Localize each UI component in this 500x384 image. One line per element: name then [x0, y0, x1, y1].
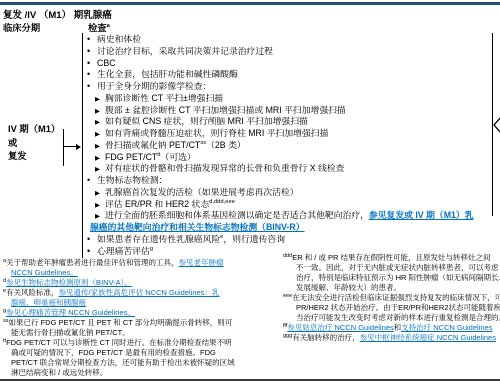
- footnote-text: 关于帮助老年肿瘤患者进行最佳评估和管理的工具，: [6, 258, 179, 267]
- binv-a-link[interactable]: 参见生物标志物检测原则（BINV-A）。: [6, 278, 132, 287]
- bullet-icon: •: [87, 81, 97, 93]
- bullet-icon: •: [87, 175, 97, 187]
- footnote-marker: ggg: [283, 333, 292, 339]
- supportive-care-guidelines-link[interactable]: 支持治疗 NCCN Guidelines: [401, 323, 492, 332]
- workup-subitem: ▶乳腺癌首次复发的活检（如果进展考虑再次活检）: [86, 187, 490, 199]
- guideline-page: 复发 /IV （M1） 期乳腺癌 临床分期 检查a IV 期（M1） 或 复发 …: [0, 0, 500, 384]
- footnote-text: FDG PET/CT 可以与诊断性 CT 同时进行。在标准分期检查结果不明: [6, 338, 232, 347]
- workup-header-footnote-marker: a: [107, 23, 110, 29]
- triangle-icon: ▶: [95, 200, 105, 212]
- triangle-icon: ▶: [95, 106, 105, 118]
- item-text: 讨论治疗目标，采取共同决策并记录治疗过程: [97, 46, 273, 56]
- footnote-text: 有关脑转移的治疗，: [292, 333, 360, 342]
- item-text: （可选）: [161, 152, 196, 162]
- footnote-text: ER 和 / 或 PR 结果存在假阴性可能，且原发灶与转移灶之间: [292, 253, 490, 262]
- item-text: 如有疑似 CNS 症状，则行颅脑 MRI 平扫加增强扫描: [105, 116, 308, 126]
- item-text: （2B 类）: [206, 140, 246, 150]
- footnote-g: g参见心理痛苦管理 NCCN Guidelines。: [3, 308, 271, 318]
- geriatric-guidelines-link[interactable]: NCCN Guidelines。: [11, 268, 78, 277]
- connector-line: [63, 129, 64, 166]
- footnotes-left-column: a关于帮助老年肿瘤患者进行最佳评估和管理的工具，参见老年肿瘤 NCCN Guid…: [3, 258, 271, 378]
- footnote-a: a关于帮助老年肿瘤患者进行最佳评估和管理的工具，参见老年肿瘤 NCCN Guid…: [3, 258, 271, 278]
- item-text: 生物标志物检测：: [97, 175, 167, 185]
- page-title: 复发 /IV （M1） 期乳腺癌: [3, 7, 112, 21]
- workup-subitem: ▶骨扫描或氟化钠 PET/CTss（2B 类）: [86, 140, 490, 152]
- footnote-text: 治疗，特别是临床特征预示为 HR 阳性肿瘤（如无病间隔期长、: [296, 273, 500, 282]
- item-text: 生化全套，包括肝功能和碱性磷酸酶: [97, 69, 238, 79]
- workup-subitem: ▶对有症状的骨骼和骨扫描发现异常的长骨和负重骨行 X 线检查: [86, 163, 490, 175]
- genetic-risk-guidelines-link[interactable]: 腺癌、卵巢癌和胰腺癌: [11, 298, 86, 307]
- distress-guidelines-link[interactable]: 参见心理痛苦管理 NCCN Guidelines。: [6, 308, 135, 317]
- genetic-risk-guidelines-link[interactable]: 参见遗传/家族性高危评估 NCCN Guidelines：乳: [59, 288, 220, 297]
- footnote-marker: ddd: [283, 253, 292, 259]
- workup-item: •生化全套，包括肝功能和碱性磷酸酶: [86, 69, 490, 81]
- item-text: 评估 ER/PR 和 HER2 状态: [105, 199, 209, 209]
- palliative-care-guidelines-link[interactable]: 参见姑息治疗 NCCN Guidelines: [287, 323, 393, 332]
- item-text: 乳腺癌首次复发的活检（如果进展考虑再次活检）: [105, 187, 299, 197]
- arrow-head-icon: [76, 144, 81, 150]
- item-text: FDG PET/CT: [105, 152, 157, 162]
- footnote-fff: fff参见姑息治疗 NCCN Guidelines和支持治疗 NCCN Guid…: [283, 323, 500, 333]
- footnote-e: e有关风险标准，参见遗传/家族性高危评估 NCCN Guidelines：乳 腺…: [3, 288, 271, 308]
- bullet-icon: •: [87, 46, 97, 58]
- workup-item: •用于全身分期的影像学检查：: [86, 81, 490, 93]
- bullet-icon: •: [87, 234, 97, 246]
- workup-subitem: ▶胸部诊断性 CT 平扫±增强扫描: [86, 93, 490, 105]
- item-text: 如果患者存在遗传性乳腺癌风险: [97, 234, 220, 244]
- item-text: 胸部诊断性 CT 平扫±增强扫描: [105, 93, 223, 103]
- item-text: 进行全面的胚系细胞和体系基因检测以确定是否适合其他靶向治疗，: [105, 210, 369, 220]
- item-text: 心理痛苦评估: [97, 246, 150, 256]
- workup-item: •生物标志物检测：: [86, 175, 490, 187]
- item-text: ，则行遗传咨询: [223, 234, 285, 244]
- footnote-text: 淋巴结病变和 / 或远处转移。: [11, 368, 107, 377]
- footnote-ddd: dddER 和 / 或 PR 结果存在假阴性可能，且原发灶与转移灶之间 不一致。…: [283, 253, 500, 293]
- footnote-marker: g: [150, 246, 153, 252]
- binv-r-link[interactable]: 参见复发或 IV 期（M1）乳: [369, 210, 474, 220]
- workup-subitem: ▶FDG PET/CTtt（可选）: [86, 152, 490, 164]
- workup-subitem: ▶如有背痛或脊髓压迫症状，则行脊柱 MRI 平扫加增强扫描: [86, 128, 490, 140]
- triangle-icon: ▶: [95, 188, 105, 200]
- item-text: 如有背痛或脊髓压迫症状，则行脊柱 MRI 平扫加增强扫描: [105, 128, 328, 138]
- item-text: 腹部 ± 盆腔诊断性 CT 平扫加增强扫描或 MRI 平扫加增强扫描: [105, 105, 346, 115]
- footnote-ss: ss如果已行 FDG PET/CT 且 PET 和 CT 部分均明确提示骨转移，…: [3, 318, 271, 338]
- footnote-text: 如果已行 FDG PET/CT 且 PET 和 CT 部分均明确提示骨转移，则可: [9, 318, 233, 327]
- item-text: CBC: [97, 58, 116, 68]
- footnote-text: 发展缓解、年龄较大）的患者。: [296, 283, 401, 292]
- footnote-text: PR/HER2 状态开始治疗。由于ER/PR和HER2状态可能随着疾: [296, 303, 500, 312]
- triangle-icon: ▶: [95, 153, 105, 165]
- workup-header-text: 检查: [88, 23, 107, 33]
- workup-subitem: ▶进行全面的胚系细胞和体系基因检测以确定是否适合其他靶向治疗，参见复发或 IV …: [86, 210, 490, 234]
- bullet-icon: •: [87, 34, 97, 46]
- footnote-text: 有关风险标准，: [6, 288, 59, 297]
- stage-line-1: IV 期（M1）: [8, 123, 60, 137]
- footnote-marker: eee: [283, 293, 292, 299]
- item-text: 病史和体检: [97, 34, 141, 44]
- footnotes-right-column: dddER 和 / 或 PR 结果存在假阴性可能，且原发灶与转移灶之间 不一致。…: [283, 253, 500, 343]
- workup-item: •CBC: [86, 58, 490, 70]
- triangle-icon: ▶: [95, 117, 105, 129]
- footnote-d: d参见生物标志物检测原则（BINV-A）。: [3, 278, 271, 288]
- item-text: 用于全身分期的影像学检查：: [97, 81, 211, 91]
- arrow-shaft: [64, 146, 76, 147]
- workup-item: •讨论治疗目标，采取共同决策并记录治疗过程: [86, 46, 490, 58]
- triangle-icon: ▶: [95, 141, 105, 153]
- footnote-text: PET/CT 联合常规分期检查方法，还可能有助于检出未被怀疑的区域: [11, 358, 235, 367]
- stage-line-3: 复发: [8, 150, 60, 164]
- stage-label: IV 期（M1） 或 复发: [8, 123, 60, 164]
- stage-line-2: 或: [8, 137, 60, 151]
- bullet-icon: •: [87, 69, 97, 81]
- footnote-text: 确或可疑的情况下，FDG PET/CT 是最有用的检查措施。FDG: [11, 348, 216, 357]
- bullet-icon: •: [87, 58, 97, 70]
- bottom-rule: [0, 379, 500, 381]
- top-rule: [0, 2, 500, 5]
- column-header-clinical-stage: 临床分期: [3, 20, 40, 34]
- footnote-text: 当治疗可能发生改变时考虑对新的样本进行重复检测是合理的。: [296, 313, 500, 322]
- binv-r-link[interactable]: 腺癌的其他靶向治疗和相关生物标志物检测（BINV-R）: [90, 222, 490, 234]
- triangle-icon: ▶: [95, 211, 105, 235]
- triangle-icon: ▶: [95, 94, 105, 106]
- cns-cancer-guidelines-link[interactable]: 参见中枢神经系统癌症 NCCN Guidelines: [360, 333, 496, 342]
- bullet-icon: •: [87, 246, 97, 258]
- footnote-marker: d,ddd,eee: [209, 199, 235, 205]
- footnote-eee: eee在无法安全进行活检但临床证据强烈支持复发的临床情况下，可 PR/HER2 …: [283, 293, 500, 323]
- footnote-text: 在无法安全进行活检但临床证据强烈支持复发的临床情况下，可: [292, 293, 500, 302]
- workup-subitem: ▶如有疑似 CNS 症状，则行颅脑 MRI 平扫加增强扫描: [86, 116, 490, 128]
- triangle-icon: ▶: [95, 164, 105, 176]
- footnote-text: 能无需行骨扫描或氟化钠 PET/CT。: [11, 328, 130, 337]
- workup-item: •如果患者存在遗传性乳腺癌风险e，则行遗传咨询: [86, 234, 490, 246]
- workup-subitem: ▶评估 ER/PR 和 HER2 状态d,ddd,eee: [86, 199, 490, 211]
- footnote-tt: ttFDG PET/CT 可以与诊断性 CT 同时进行。在标准分期检查结果不明 …: [3, 338, 271, 378]
- workup-list: •病史和体检 •讨论治疗目标，采取共同决策并记录治疗过程 •CBC •生化全套，…: [86, 34, 490, 257]
- item-text: 骨扫描或氟化钠 PET/CT: [105, 140, 200, 150]
- footnote-ggg: ggg有关脑转移的治疗，参见中枢神经系统癌症 NCCN Guidelines: [283, 333, 500, 343]
- item-text: 对有症状的骨骼和骨扫描发现异常的长骨和负重骨行 X 线检查: [105, 163, 344, 173]
- workup-box-left-rule: [82, 33, 83, 258]
- column-header-workup: 检查a: [88, 20, 110, 34]
- triangle-icon: ▶: [95, 129, 105, 141]
- geriatric-guidelines-link[interactable]: 参见老年肿瘤: [179, 258, 224, 267]
- chevron-left-icon: [493, 116, 500, 139]
- workup-item: •病史和体检: [86, 34, 490, 46]
- footnote-text: 不一致。因此，对于无内脏或无症状内脏转移患者，可以考虑: [296, 263, 499, 272]
- workup-subitem: ▶腹部 ± 盆腔诊断性 CT 平扫加增强扫描或 MRI 平扫加增强扫描: [86, 105, 490, 117]
